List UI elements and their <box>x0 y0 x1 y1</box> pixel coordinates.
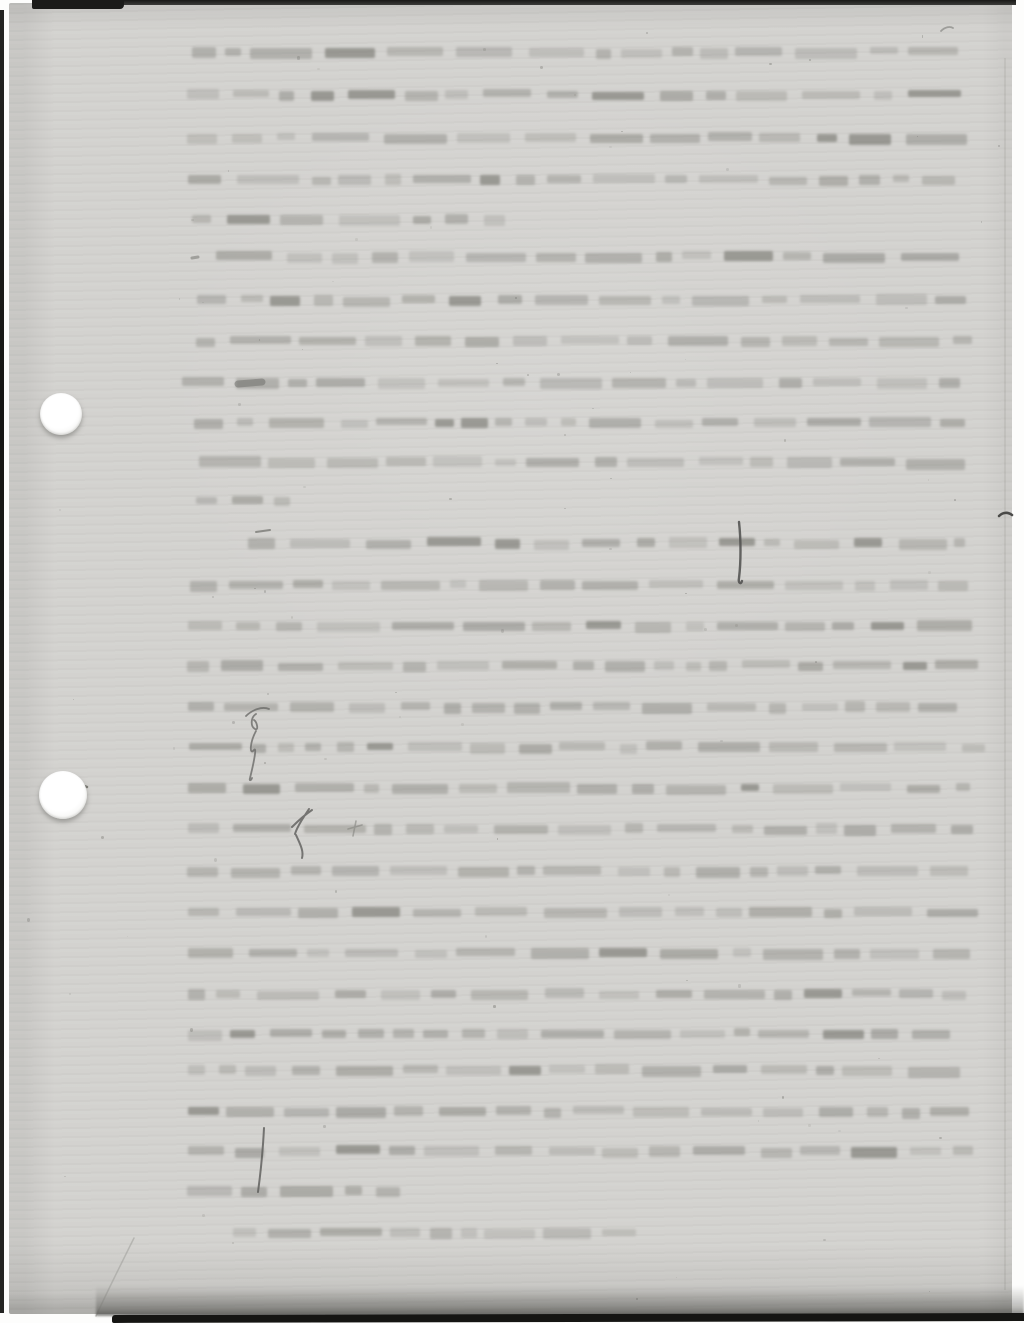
scan-bottom-smear <box>96 1286 1024 1316</box>
scan-edge-top-corner <box>32 0 124 9</box>
scan-edge-left <box>0 10 4 1313</box>
scanned-page <box>0 0 1024 1323</box>
dust-specks-layer <box>0 0 1024 1323</box>
paper-crease <box>1004 58 1006 1290</box>
scan-edge-top <box>32 0 1016 5</box>
